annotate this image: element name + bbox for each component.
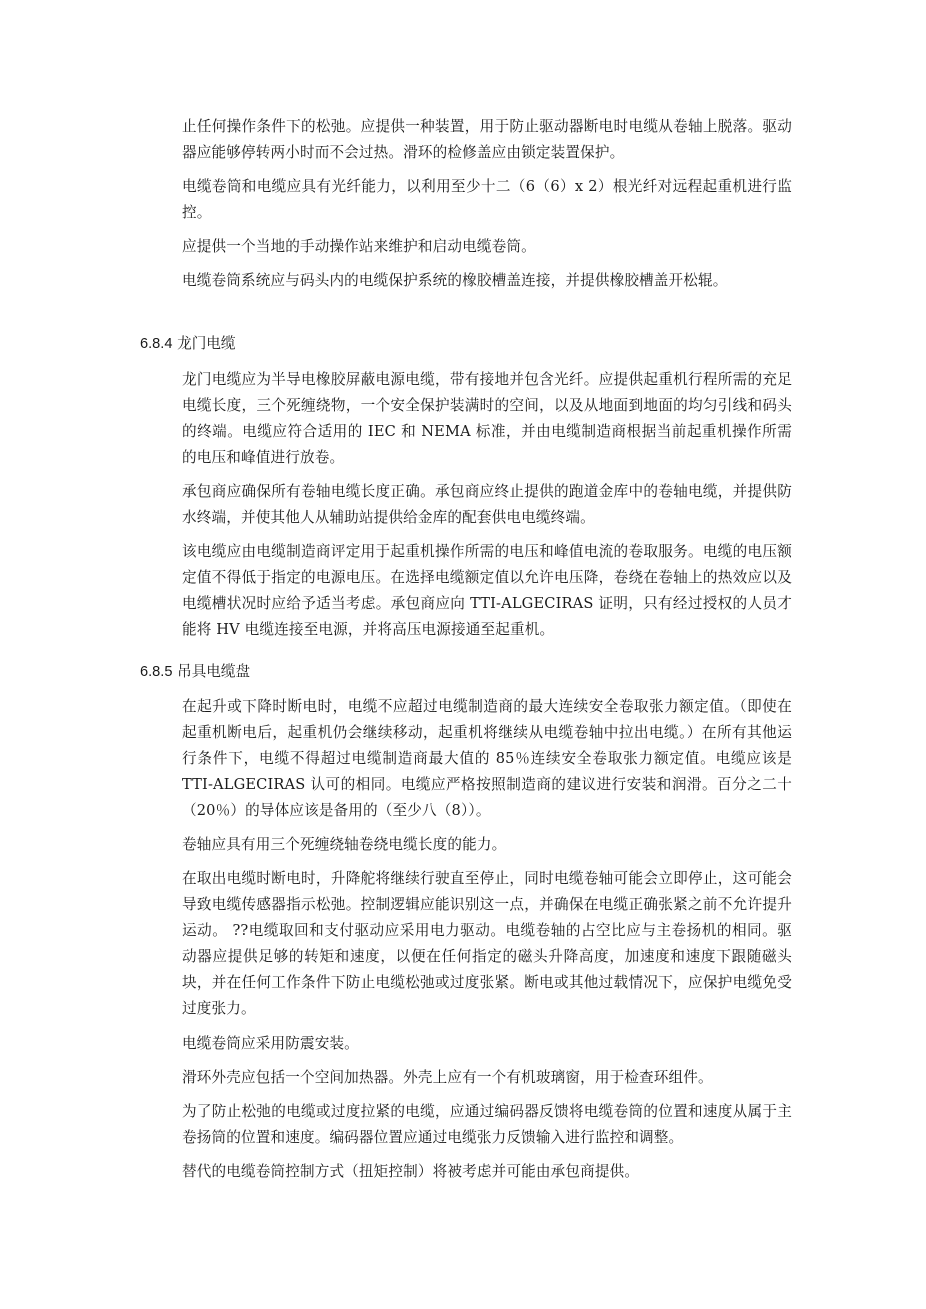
paragraph: 电缆卷筒和电缆应具有光纤能力，以利用至少十二（6（6）x 2）根光纤对远程起重机… xyxy=(182,174,792,226)
section-title: 龙门电缆 xyxy=(177,335,235,352)
paragraph: 电缆卷筒系统应与码头内的电缆保护系统的橡胶槽盖连接，并提供橡胶槽盖开松辊。 xyxy=(182,268,792,294)
paragraph: 应提供一个当地的手动操作站来维护和启动电缆卷筒。 xyxy=(182,234,792,260)
paragraph: 龙门电缆应为半导电橡胶屏蔽电源电缆，带有接地并包含光纤。应提供起重机行程所需的充… xyxy=(182,367,792,471)
paragraph: 滑环外壳应包括一个空间加热器。外壳上应有一个有机玻璃窗，用于检查环组件。 xyxy=(182,1065,792,1091)
paragraph: 承包商应确保所有卷轴电缆长度正确。承包商应终止提供的跑道金库中的卷轴电缆，并提供… xyxy=(182,479,792,531)
section-heading-6-8-5: 6.8.5 吊具电缆盘 xyxy=(140,659,250,685)
section-number: 6.8.4 xyxy=(140,336,172,352)
document-page: 止任何操作条件下的松弛。应提供一种装置，用于防止驱动器断电时电缆从卷轴上脱落。驱… xyxy=(0,0,926,1309)
paragraph: 在取出电缆时断电时，升降舵将继续行驶直至停止，同时电缆卷轴可能会立即停止，这可能… xyxy=(182,866,792,1022)
paragraph: 止任何操作条件下的松弛。应提供一种装置，用于防止驱动器断电时电缆从卷轴上脱落。驱… xyxy=(182,114,792,166)
section-heading-6-8-4: 6.8.4 龙门电缆 xyxy=(140,331,236,357)
section-title: 吊具电缆盘 xyxy=(177,663,250,680)
paragraph: 在起升或下降时断电时，电缆不应超过电缆制造商的最大连续安全卷取张力额定值。（即使… xyxy=(182,694,792,824)
paragraph: 电缆卷筒应采用防震安装。 xyxy=(182,1031,792,1057)
section-number: 6.8.5 xyxy=(140,664,172,680)
paragraph: 该电缆应由电缆制造商评定用于起重机操作所需的电压和峰值电流的卷取服务。电缆的电压… xyxy=(182,539,792,643)
paragraph: 为了防止松弛的电缆或过度拉紧的电缆，应通过编码器反馈将电缆卷筒的位置和速度从属于… xyxy=(182,1099,792,1151)
paragraph: 卷轴应具有用三个死缠绕轴卷绕电缆长度的能力。 xyxy=(182,832,792,858)
paragraph: 替代的电缆卷筒控制方式（扭矩控制）将被考虑并可能由承包商提供。 xyxy=(182,1159,792,1185)
